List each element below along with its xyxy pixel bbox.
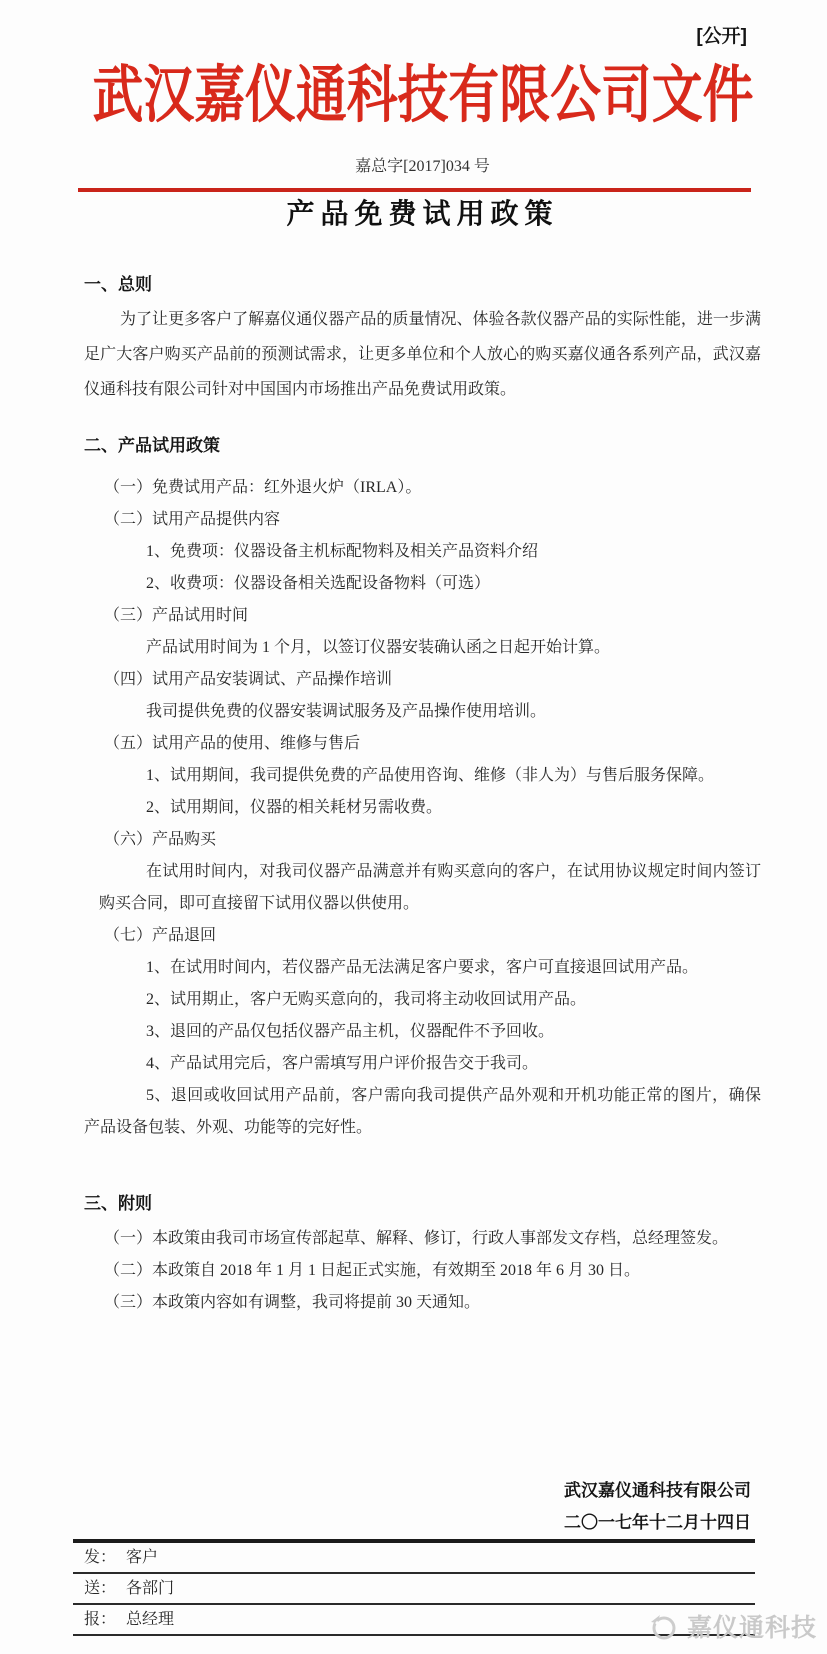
watermark-text: 嘉仪通科技 (687, 1608, 817, 1644)
policy-item: （七）产品退回 (104, 920, 761, 952)
section-1-paragraph: 为了让更多客户了解嘉仪通仪器产品的质量情况、体验各款仪器产品的实际性能，进一步满… (84, 302, 761, 407)
company-letterhead-text: 武汉嘉仪通科技有限公司文件 (93, 62, 754, 130)
distribution-row: 送：各部门 (73, 1574, 755, 1605)
distribution-label: 送： (84, 1580, 116, 1597)
distribution-row: 发：客户 (73, 1543, 755, 1574)
policy-item: 我司提供免费的仪器安装调试服务及产品操作使用培训。 (146, 696, 761, 728)
section-1-heading: 一、总则 (84, 272, 761, 298)
classification-label: [公开] (84, 0, 761, 48)
policy-item: 2、试用期间，仪器的相关耗材另需收费。 (146, 792, 761, 824)
distribution-value: 各部门 (126, 1580, 174, 1597)
policy-item: （二）本政策自 2018 年 1 月 1 日起正式实施，有效期至 2018 年 … (104, 1255, 761, 1287)
policy-item: 5、退回或收回试用产品前，客户需向我司提供产品外观和开机功能正常的图片，确保产品… (84, 1080, 761, 1144)
policy-item: （一）本政策由我司市场宣传部起草、解释、修订，行政人事部发文存档，总经理签发。 (104, 1223, 761, 1255)
watermark: 嘉仪通科技 (647, 1608, 817, 1644)
policy-item: （三）产品试用时间 (104, 600, 761, 632)
doc-title: 产品免费试用政策 (84, 196, 761, 232)
jyt-logo-icon (647, 1610, 679, 1642)
policy-item: 在试用时间内，对我司仪器产品满意并有购买意向的客户，在试用协议规定时间内签订购买… (99, 856, 761, 920)
section-3-items: （一）本政策由我司市场宣传部起草、解释、修订，行政人事部发文存档，总经理签发。 … (84, 1223, 761, 1319)
distribution-label: 发： (84, 1549, 116, 1566)
policy-item: 3、退回的产品仅包括仪器产品主机，仪器配件不予回收。 (146, 1016, 761, 1048)
section-2-items: （一）免费试用产品：红外退火炉（IRLA）。 （二）试用产品提供内容 1、免费项… (84, 472, 761, 1144)
policy-item: （一）免费试用产品：红外退火炉（IRLA）。 (104, 472, 761, 504)
policy-item: （三）本政策内容如有调整，我司将提前 30 天通知。 (104, 1287, 761, 1319)
policy-item: （四）试用产品安装调试、产品操作培训 (104, 664, 761, 696)
signature-company: 武汉嘉仪通科技有限公司 (84, 1475, 751, 1507)
document-page: [公开] 武汉嘉仪通科技有限公司文件 嘉总字[2017]034 号 产品免费试用… (0, 0, 827, 1654)
red-divider (78, 188, 751, 192)
policy-item: 产品试用时间为 1 个月，以签订仪器安装确认函之日起开始计算。 (146, 632, 761, 664)
section-3-heading: 三、附则 (84, 1191, 761, 1217)
policy-item: （二）试用产品提供内容 (104, 504, 761, 536)
policy-item: 2、收费项：仪器设备相关选配设备物料（可选） (146, 568, 761, 600)
doc-number: 嘉总字[2017]034 号 (84, 156, 761, 178)
signature-date: 二〇一七年十二月十四日 (84, 1507, 751, 1539)
section-2-heading: 二、产品试用政策 (84, 433, 761, 459)
distribution-value: 总经理 (126, 1611, 174, 1628)
policy-item: 2、试用期止，客户无购买意向的，我司将主动收回试用产品。 (146, 984, 761, 1016)
distribution-label: 报： (84, 1611, 116, 1628)
company-letterhead: 武汉嘉仪通科技有限公司文件 (84, 62, 761, 130)
policy-item: 1、在试用时间内，若仪器产品无法满足客户要求，客户可直接退回试用产品。 (146, 952, 761, 984)
policy-item: 1、试用期间，我司提供免费的产品使用咨询、维修（非人为）与售后服务保障。 (146, 760, 761, 792)
policy-item: 1、免费项：仪器设备主机标配物料及相关产品资料介绍 (146, 536, 761, 568)
policy-item: （六）产品购买 (104, 824, 761, 856)
distribution-value: 客户 (126, 1549, 158, 1566)
policy-item: 4、产品试用完后，客户需填写用户评价报告交于我司。 (146, 1048, 761, 1080)
signature-block: 武汉嘉仪通科技有限公司 二〇一七年十二月十四日 (84, 1475, 761, 1539)
policy-item: （五）试用产品的使用、维修与售后 (104, 728, 761, 760)
